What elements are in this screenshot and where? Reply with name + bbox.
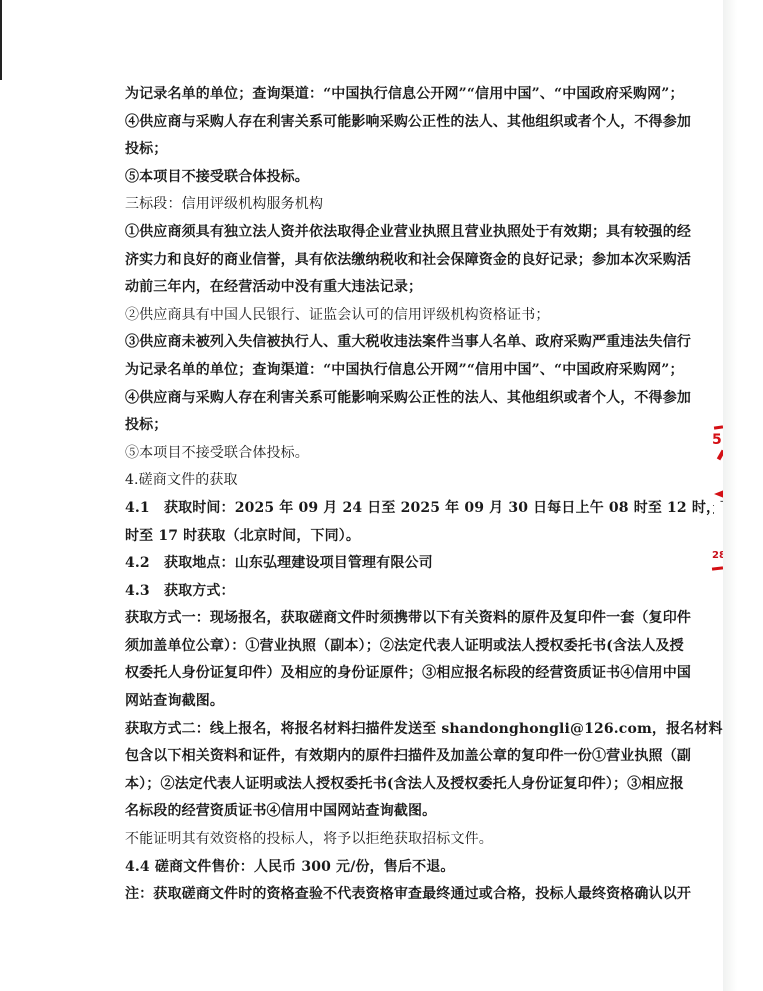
text-line: ④供应商与采购人存在利害关系可能影响采购公正性的法人、其他组织或者个人，不得参加 bbox=[125, 385, 660, 413]
section-heading: 4.磋商文件的获取 bbox=[125, 467, 660, 495]
text-line: 权委托人身份证复印件）及相应的身份证原件；③相应报名标段的经营资质证书④信用中国 bbox=[125, 660, 660, 688]
text-line: 须加盖单位公章）：①营业执照（副本）；②法定代表人证明或法人授权委托书(含法人及… bbox=[125, 633, 660, 661]
text-line: 时至 17 时获取（北京时间，下同）。 bbox=[125, 523, 660, 551]
text-line: 获取方式一：现场报名，获取磋商文件时须携带以下有关资料的原件及复印件一套（复印件 bbox=[125, 605, 660, 633]
text-line: 动前三年内，在经营活动中没有重大违法记录； bbox=[125, 274, 660, 302]
scan-margin bbox=[723, 0, 763, 991]
text-line: 4.1 获取时间：2025 年 09 月 24 日至 2025 年 09 月 3… bbox=[125, 495, 660, 523]
text-line: 4.4 磋商文件售价：人民币 300 元/份，售后不退。 bbox=[125, 854, 660, 882]
text-line: 4.2 获取地点：山东弘理建设项目管理有限公司 bbox=[125, 550, 660, 578]
seal-dot bbox=[713, 505, 714, 506]
seal-stroke bbox=[712, 566, 723, 570]
text-line: 为记录名单的单位；查询渠道：“中国执行信息公开网”“信用中国”、“中国政府采购网… bbox=[125, 357, 660, 385]
text-line: ②供应商具有中国人民银行、证监会认可的信用评级机构资格证书； bbox=[125, 302, 660, 330]
text-line: 不能证明其有效资格的投标人，将予以拒绝获取招标文件。 bbox=[125, 826, 660, 854]
text-line: 投标； bbox=[125, 136, 660, 164]
text-line: 注：获取磋商文件时的资格查验不代表资格审查最终通过或合格，投标人最终资格确认以开 bbox=[125, 881, 660, 909]
text-line: 投标； bbox=[125, 412, 660, 440]
text-line: ⑤本项目不接受联合体投标。 bbox=[125, 164, 660, 192]
document-body: 为记录名单的单位；查询渠道：“中国执行信息公开网”“信用中国”、“中国政府采购网… bbox=[125, 81, 660, 909]
scan-edge bbox=[0, 0, 2, 80]
text-line: 网站查询截图。 bbox=[125, 688, 660, 716]
text-line: ⑤本项目不接受联合体投标。 bbox=[125, 440, 660, 468]
text-line: 本）；②法定代表人证明或法人授权委托书(含法人及授权委托人身份证复印件）；③相应… bbox=[125, 771, 660, 799]
text-line: 获取方式二：线上报名，将报名材料扫描件发送至 shandonghongli@12… bbox=[125, 716, 660, 744]
text-line: 济实力和良好的商业信誉，具有依法缴纳税收和社会保障资金的良好记录；参加本次采购活 bbox=[125, 247, 660, 275]
document-page: 为记录名单的单位；查询渠道：“中国执行信息公开网”“信用中国”、“中国政府采购网… bbox=[0, 0, 723, 991]
seal-character: 5 bbox=[712, 432, 722, 448]
text-line: 4.3 获取方式： bbox=[125, 578, 660, 606]
text-line: 包含以下相关资料和证件，有效期内的原件扫描件及加盖公章的复印件一份①营业执照（副 bbox=[125, 743, 660, 771]
section-heading: 三标段：信用评级机构服务机构 bbox=[125, 191, 660, 219]
seal-dot bbox=[713, 512, 714, 514]
text-line: 为记录名单的单位；查询渠道：“中国执行信息公开网”“信用中国”、“中国政府采购网… bbox=[125, 81, 660, 109]
text-line: ③供应商未被列入失信被执行人、重大税收违法案件当事人名单、政府采购严重违法失信行 bbox=[125, 329, 660, 357]
text-line: ①供应商须具有独立法人资并依法取得企业营业执照且营业执照处于有效期；具有较强的经 bbox=[125, 219, 660, 247]
seal-stroke bbox=[714, 425, 723, 429]
text-line: 名标段的经营资质证书④信用中国网站查询截图。 bbox=[125, 798, 660, 826]
text-line: ④供应商与采购人存在利害关系可能影响采购公正性的法人、其他组织或者个人，不得参加 bbox=[125, 109, 660, 137]
